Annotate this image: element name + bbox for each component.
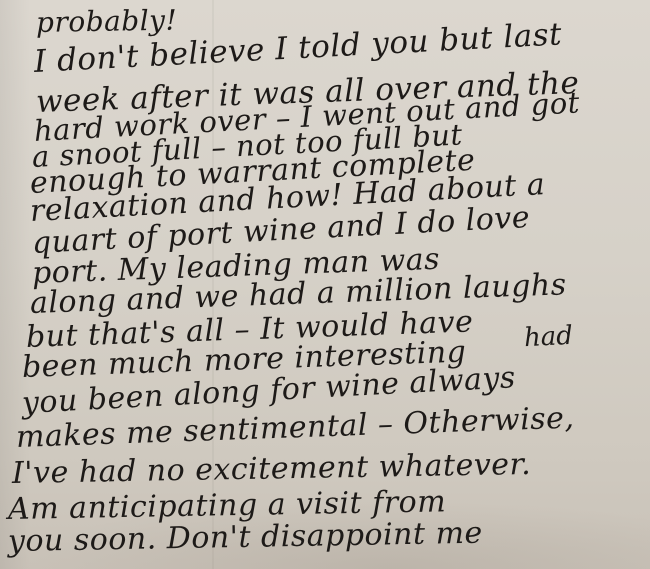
letter-line-1: probably! bbox=[36, 4, 178, 39]
letter-insertion: had bbox=[523, 321, 573, 354]
letter-line-15: I've had no excitement whatever. bbox=[12, 447, 532, 491]
letter-page: probably! I don't believe I told you but… bbox=[0, 0, 650, 569]
